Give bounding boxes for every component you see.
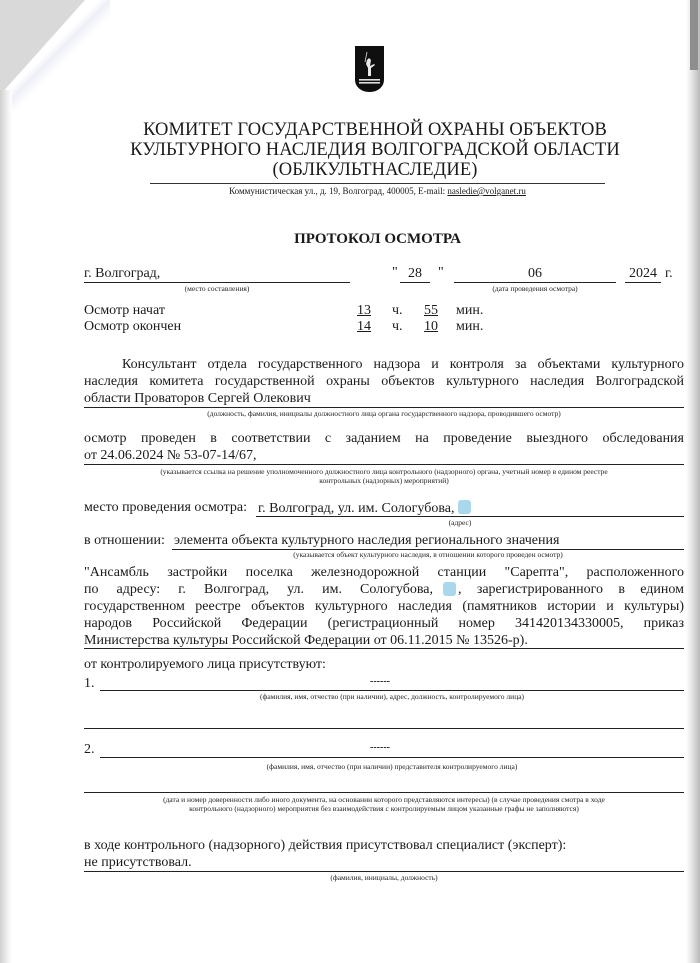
org-line-2: КУЛЬТУРНОГО НАСЛЕДИЯ ВОЛГОГРАДСКОЙ ОБЛАС…	[110, 140, 640, 160]
date-caption: (дата проведения осмотра)	[454, 284, 616, 293]
basis-caption-2: контрольных (надзорных) мероприятий)	[84, 476, 684, 485]
redacted-house-number	[458, 500, 471, 514]
location-label: место проведения осмотра:	[84, 500, 247, 516]
address-text: Коммунистическая ул., д. 19, Волгоград, …	[229, 186, 447, 196]
start-hour-unit: ч.	[392, 303, 403, 319]
regarding-label: в отношении:	[84, 533, 165, 549]
present-item-2-value: ------	[370, 742, 390, 753]
organization-name: КОМИТЕТ ГОСУДАРСТВЕННОЙ ОХРАНЫ ОБЪЕКТОВ …	[110, 120, 640, 180]
folded-corner-highlight	[0, 0, 110, 110]
present-doc-underline	[84, 792, 684, 793]
inspector-line-3: области Проваторов Сергей Олекович	[84, 391, 311, 407]
expert-underline	[84, 871, 684, 872]
basis-underline	[84, 464, 684, 465]
start-min: 55	[424, 303, 438, 319]
inspector-line-1: Консультант отдела государственного надз…	[122, 357, 684, 373]
date-year: 2024	[625, 266, 661, 282]
basis-line-2: от 24.06.2024 № 53-07-14/67,	[84, 448, 257, 464]
basis-line-1: осмотр проведен в соответствии с задание…	[84, 431, 684, 447]
expert-caption: (фамилия, инициалы, должность)	[84, 873, 684, 882]
location-value: г. Волгоград, ул. им. Сологубова,	[258, 500, 471, 517]
quote-open: "	[392, 265, 398, 281]
location-underline	[256, 516, 684, 517]
object-line-5: Министерства культуры Российской Федерац…	[84, 633, 528, 649]
start-hour: 13	[357, 303, 371, 319]
present-heading: от контролируемого лица присутствуют:	[84, 657, 326, 673]
year-underline	[625, 282, 661, 283]
location-caption: (адрес)	[440, 518, 480, 527]
end-hour: 14	[357, 319, 371, 335]
present-item-1-caption: (фамилия, имя, отчество (при наличии), а…	[100, 692, 684, 701]
email-link[interactable]: nasledie@volganet.ru	[447, 186, 526, 196]
org-line-3: (ОБЛКУЛЬТНАСЛЕДИЕ)	[110, 160, 640, 180]
scan-left-edge	[0, 90, 12, 963]
month-underline	[454, 282, 616, 283]
present-item-2-caption: (фамилия, имя, отчество (при наличии) пр…	[100, 762, 684, 771]
present-item-1-value: ------	[370, 676, 390, 687]
volgograd-coat-of-arms-icon	[355, 46, 384, 92]
place-caption: (место составления)	[84, 284, 350, 293]
inspector-caption: (должность, фамилия, инициалы должностно…	[84, 409, 684, 418]
document-title: ПРОТОКОЛ ОСМОТРА	[150, 231, 605, 248]
location-address: г. Волгоград, ул. им. Сологубова,	[258, 501, 454, 516]
document-page: КОМИТЕТ ГОСУДАРСТВЕННОЙ ОХРАНЫ ОБЪЕКТОВ …	[0, 0, 700, 963]
redacted-house-number-2	[443, 582, 456, 596]
object-line-2: по адресу: г. Волгоград, ул. им. Сологуб…	[84, 582, 684, 598]
present-item-2-num: 2.	[84, 742, 95, 758]
regarding-value: элемента объекта культурного наследия ре…	[174, 533, 559, 549]
present-doc-caption-1: (дата и номер доверенности либо иного до…	[84, 795, 684, 804]
present-item-1-underline	[100, 690, 684, 691]
year-suffix: г.	[665, 266, 673, 282]
place-underline	[84, 282, 350, 283]
date-day: 28	[400, 266, 430, 282]
present-doc-caption-2: контрольного (надзорного) мероприятия бе…	[84, 804, 684, 813]
object-line-2a: по адресу: г. Волгоград, ул. им. Сологуб…	[84, 582, 433, 598]
org-line-1: КОМИТЕТ ГОСУДАРСТВЕННОЙ ОХРАНЫ ОБЪЕКТОВ	[110, 120, 640, 140]
date-month: 06	[454, 266, 616, 282]
present-item-2-underline	[100, 757, 684, 758]
start-label: Осмотр начат	[84, 303, 165, 319]
object-line-1: "Ансамбль застройки поселка железнодорож…	[84, 565, 684, 581]
basis-caption-1: (указывается ссылка на решение уполномоч…	[84, 467, 684, 476]
expert-heading: в ходе контрольного (надзорного) действи…	[84, 838, 566, 854]
end-label: Осмотр окончен	[84, 319, 181, 335]
expert-value: не присутствовал.	[84, 855, 192, 871]
day-underline	[400, 282, 430, 283]
header-divider	[150, 183, 605, 184]
scan-right-edge	[686, 0, 700, 963]
scan-right-edge-shadow	[690, 0, 698, 70]
regarding-caption: (указывается объект культурного наследия…	[172, 550, 684, 559]
place-value: г. Волгоград,	[84, 266, 160, 282]
start-min-unit: мин.	[456, 303, 483, 319]
inspector-line-2: наследия комитета государственной охраны…	[84, 374, 684, 390]
end-min: 10	[424, 319, 438, 335]
end-hour-unit: ч.	[392, 319, 403, 335]
present-item-1-num: 1.	[84, 676, 95, 692]
present-item-1-extra-line	[84, 728, 684, 729]
object-line-3: государственном реестре объектов культур…	[84, 599, 684, 615]
org-address: Коммунистическая ул., д. 19, Волгоград, …	[150, 186, 605, 196]
inspector-underline	[84, 407, 684, 408]
end-min-unit: мин.	[456, 319, 483, 335]
object-line-2b: , зарегистрированного в едином	[458, 582, 684, 598]
object-line-4: народов Российской Федерации (регистраци…	[84, 616, 684, 632]
object-underline	[84, 648, 684, 649]
quote-close: "	[438, 265, 444, 281]
